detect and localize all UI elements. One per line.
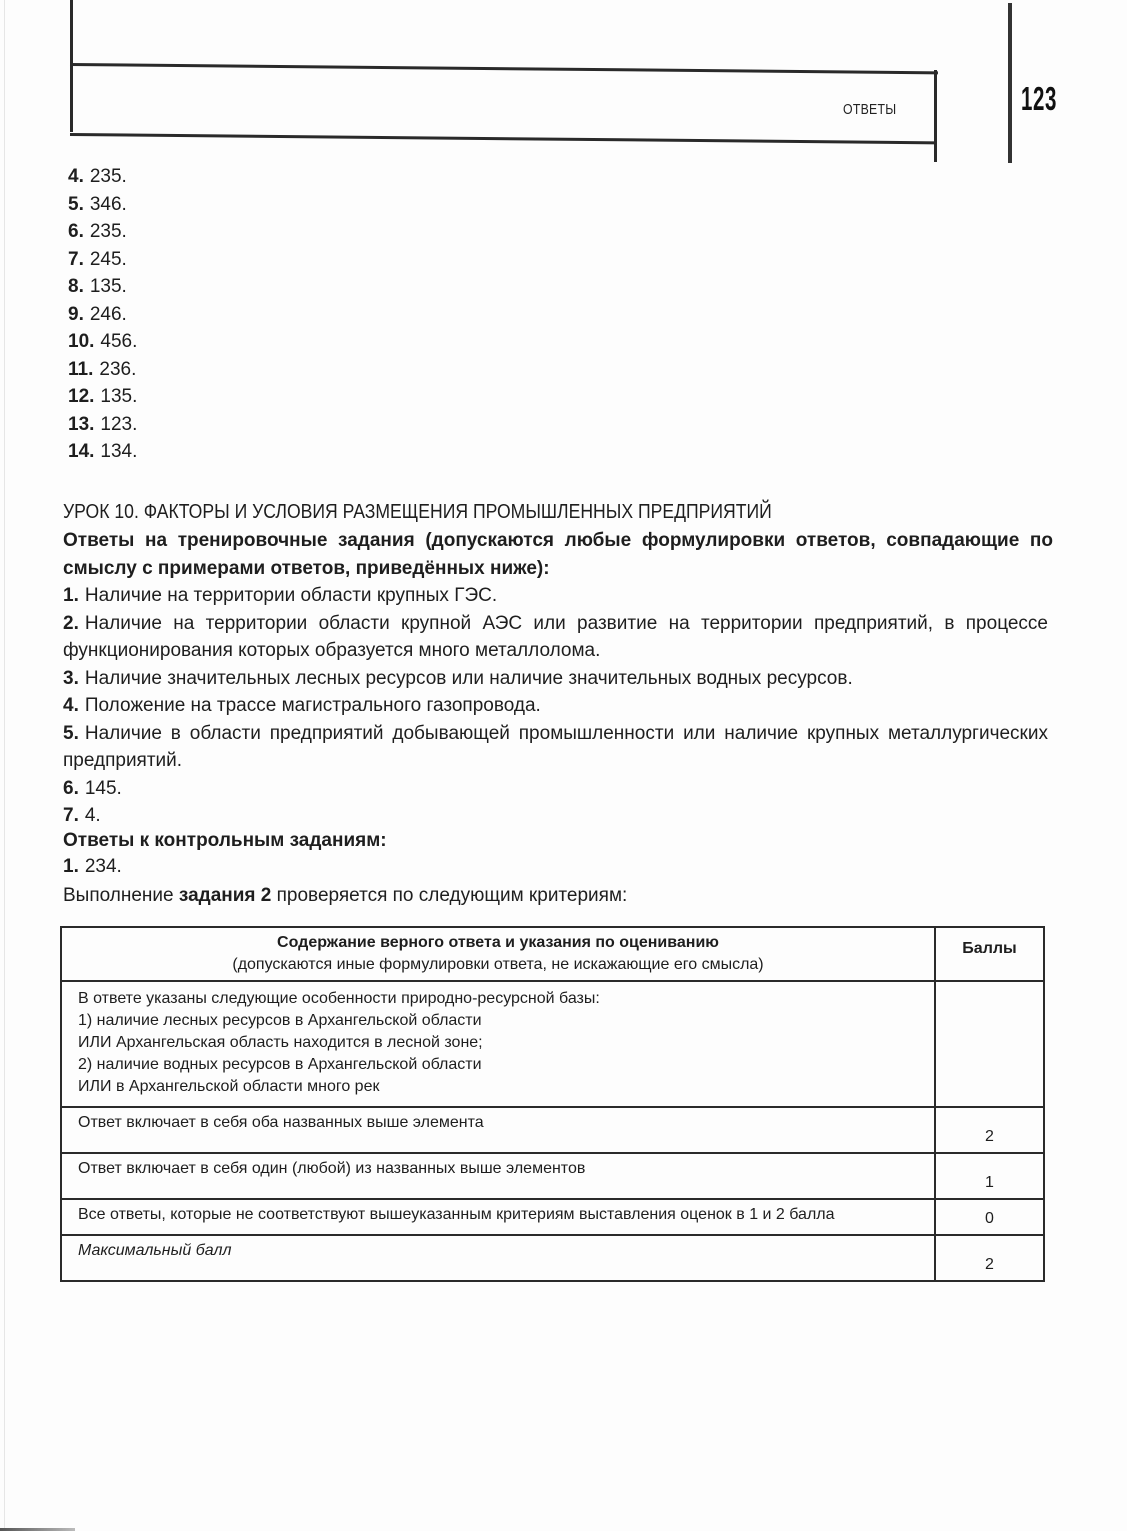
answer-value: 456. — [100, 331, 137, 352]
training-answer: 3.Наличие значительных лесных ресурсов и… — [63, 665, 1048, 693]
content-column-header: Содержание верного ответа и указания по … — [61, 927, 935, 981]
score-cell: 0 — [935, 1199, 1044, 1235]
page-number-rule — [1008, 3, 1012, 163]
page-edge — [4, 0, 5, 1531]
answer-value: 235. — [90, 221, 127, 242]
table-row: Ответ включает в себя оба названных выше… — [61, 1107, 1044, 1153]
content-line: 1) наличие лесных ресурсов в Архангельск… — [78, 1010, 918, 1032]
answer-item: 8.135. — [68, 273, 137, 301]
header-frame-top-border — [70, 63, 938, 74]
training-answers-list: 1.Наличие на территории области крупных … — [63, 582, 1048, 830]
answer-item: 11.236. — [68, 356, 137, 384]
running-header-section: ОТВЕТЫ — [843, 101, 896, 118]
content-line: В ответе указаны следующие особенности п… — [78, 988, 918, 1010]
training-answer: 6.145. — [63, 775, 1048, 803]
answer-item: 13.123. — [68, 411, 137, 439]
answer-number: 7. — [68, 249, 84, 270]
answer-text: Положение на трассе магистрального газоп… — [85, 695, 541, 716]
answer-number: 12. — [68, 386, 94, 407]
content-header-subtitle: (допускаются иные формулировки ответа, н… — [78, 954, 918, 976]
answer-item: 14.134. — [68, 438, 137, 466]
answer-number: 2. — [63, 613, 79, 634]
score-cell: 2 — [935, 1107, 1044, 1153]
empty-score-cell — [935, 981, 1044, 1107]
answer-number: 8. — [68, 276, 84, 297]
answer-value: 236. — [99, 359, 136, 380]
criteria-table: Содержание верного ответа и указания по … — [60, 926, 1045, 1282]
answer-number: 4. — [63, 695, 79, 716]
training-answer: 5.Наличие в области предприятий добывающ… — [63, 720, 1048, 775]
control-answer: 1.234. — [63, 853, 122, 881]
answer-item: 7.245. — [68, 246, 137, 274]
answer-number: 7. — [63, 805, 79, 826]
answer-number: 3. — [63, 668, 79, 689]
max-score-label: Максимальный балл — [61, 1235, 935, 1281]
header-frame-right-border — [934, 70, 937, 162]
answer-text: Наличие в области предприятий добывающей… — [63, 723, 1048, 772]
answer-item: 9.246. — [68, 301, 137, 329]
criteria-intro-task: задания 2 — [179, 885, 271, 906]
table-row: Все ответы, которые не соответствуют выш… — [61, 1199, 1044, 1235]
answer-number: 9. — [68, 304, 84, 325]
answer-item: 6.235. — [68, 218, 137, 246]
answer-value: 134. — [100, 441, 137, 462]
answer-number: 6. — [63, 778, 79, 799]
answer-number: 1. — [63, 585, 79, 606]
table-header-row: Содержание верного ответа и указания по … — [61, 927, 1044, 981]
table-row: Ответ включает в себя один (любой) из на… — [61, 1153, 1044, 1199]
answer-number: 13. — [68, 414, 94, 435]
answer-item: 5.346. — [68, 191, 137, 219]
answer-text: 4. — [85, 805, 101, 826]
training-answer: 4.Положение на трассе магистрального газ… — [63, 692, 1048, 720]
answer-value: 346. — [90, 194, 127, 215]
header-frame-bottom-border — [70, 133, 936, 144]
content-line: ИЛИ Архангельская область находится в ле… — [78, 1032, 918, 1054]
content-line: ИЛИ в Архангельской области много рек — [78, 1076, 918, 1098]
score-cell: 1 — [935, 1153, 1044, 1199]
answer-text: Наличие на территории области крупной АЭ… — [63, 613, 1048, 662]
answer-value: 135. — [100, 386, 137, 407]
content-header-title: Содержание верного ответа и указания по … — [78, 932, 918, 954]
page-number: 123 — [1021, 80, 1057, 118]
control-heading: Ответы к контрольным заданиям: — [63, 827, 387, 855]
answer-number: 1. — [63, 856, 79, 877]
score-column-header: Баллы — [935, 927, 1044, 981]
table-row-max-score: Максимальный балл 2 — [61, 1235, 1044, 1281]
answer-value: 123. — [100, 414, 137, 435]
answer-item: 4.235. — [68, 163, 137, 191]
table-row-answer-content: В ответе указаны следующие особенности п… — [61, 981, 1044, 1107]
answer-text: 145. — [85, 778, 122, 799]
answer-number: 4. — [68, 166, 84, 187]
training-heading: Ответы на тренировочные задания (допуска… — [63, 527, 1053, 582]
answer-value: 246. — [90, 304, 127, 325]
lesson-title-text: УРОК 10. ФАКТОРЫ И УСЛОВИЯ РАЗМЕЩЕНИЯ ПР… — [63, 499, 772, 527]
answer-text: Наличие значительных лесных ресурсов или… — [85, 668, 853, 689]
criteria-intro: Выполнение задания 2 проверяется по след… — [63, 882, 627, 910]
answer-number: 5. — [68, 194, 84, 215]
previous-answers-list: 4.235. 5.346. 6.235. 7.245. 8.135. 9.246… — [68, 163, 137, 466]
content-line: 2) наличие водных ресурсов в Архангельск… — [78, 1054, 918, 1076]
answer-value: 235. — [90, 166, 127, 187]
answer-number: 11. — [68, 359, 93, 380]
criteria-intro-text-end: проверяется по следующим критериям: — [271, 885, 627, 906]
criteria-intro-text: Выполнение — [63, 885, 179, 906]
answer-text: 234. — [85, 856, 122, 877]
answer-content-cell: В ответе указаны следующие особенности п… — [61, 981, 935, 1107]
answer-value: 135. — [90, 276, 127, 297]
answer-number: 14. — [68, 441, 94, 462]
answer-number: 10. — [68, 331, 94, 352]
answer-number: 6. — [68, 221, 84, 242]
answer-text: Наличие на территории области крупных ГЭ… — [85, 585, 497, 606]
answer-number: 5. — [63, 723, 79, 744]
criterion-cell: Ответ включает в себя один (любой) из на… — [61, 1153, 935, 1199]
answer-item: 10.456. — [68, 328, 137, 356]
training-answer: 7.4. — [63, 802, 1048, 830]
criterion-cell: Ответ включает в себя оба названных выше… — [61, 1107, 935, 1153]
training-answer: 1.Наличие на территории области крупных … — [63, 582, 1048, 610]
criterion-cell: Все ответы, которые не соответствуют выш… — [61, 1199, 935, 1235]
answer-item: 12.135. — [68, 383, 137, 411]
max-score-value: 2 — [935, 1235, 1044, 1281]
training-answer: 2.Наличие на территории области крупной … — [63, 610, 1048, 665]
answer-value: 245. — [90, 249, 127, 270]
lesson-title: УРОК 10. ФАКТОРЫ И УСЛОВИЯ РАЗМЕЩЕНИЯ ПР… — [63, 499, 1053, 527]
